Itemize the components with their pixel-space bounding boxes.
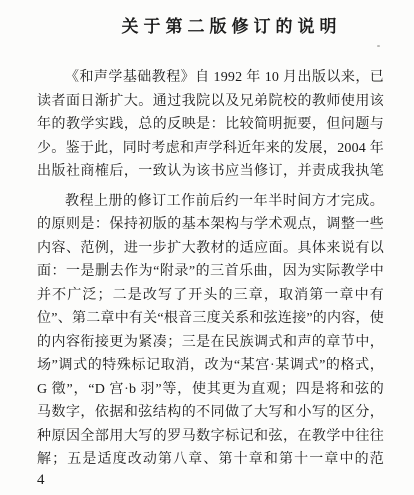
text-line: 少。鉴于此，同时考虑和声学科近年来的发展，2004 年冬，作者同	[37, 137, 384, 161]
page-number: 4	[37, 472, 45, 489]
text-line: 面：一是删去作为“附录”的三首乐曲，因为实际教学中对其使用	[37, 260, 384, 284]
book-page: 关于第二版修订的说明 《和声学基础教程》自 1992 年 10 月出版以来，已重…	[0, 0, 414, 495]
paragraph-1: 《和声学基础教程》自 1992 年 10 月出版以来，已重印了 13 次， 读者…	[37, 66, 384, 184]
text-line: 读者面日渐扩大。通过我院以及兄弟院校的教师使用该教科书多	[37, 90, 384, 114]
text-line: 的原则是：保持初版的基本架构与学术观点，调整一些章节的具体	[37, 213, 384, 237]
text-line: 马数字，依据和弦结构的不同做了大写和小写的区分，第一版因种	[37, 401, 384, 425]
paragraph-2: 教程上册的修订工作前后约一年半时间方才完成。这次修订 的原则是：保持初版的基本架…	[37, 190, 384, 472]
text-line: 并不广泛；二是改写了开头的三章，取消第一章中有关“和弦转	[37, 284, 384, 308]
text-line: 位”、第二章中有关“根音三度关系和弦连接”的内容，使开始几章	[37, 307, 384, 331]
text-line: 内容、范例，进一步扩大教材的适应面。具体来说有以下几个方	[37, 237, 384, 261]
text-line: 场”调式的特殊标记取消，改为“某宫·某调式”的格式，如“C 宫·	[37, 354, 384, 378]
text-line: 种原因全部用大写的罗马数字标记和弦，在教学中往往会引起误	[37, 425, 384, 449]
body-text: 《和声学基础教程》自 1992 年 10 月出版以来，已重印了 13 次， 读者…	[37, 66, 384, 472]
text-line: 教程上册的修订工作前后约一年半时间方才完成。这次修订	[37, 190, 384, 214]
page-title: 关于第二版修订的说明	[58, 12, 405, 37]
text-line: 出版社商榷后，一致认为该书应当修订，并责成我执笔修订工作。	[37, 160, 384, 184]
scan-speck	[377, 45, 380, 47]
text-line: 解；五是适度改动第八章、第十章和第十一章中的范例，使其和弦	[37, 448, 384, 472]
text-line: G 徵”，“D 宫·b 羽”等，使其更为直观；四是将和弦的音级标记罗	[37, 378, 384, 402]
text-line: 《和声学基础教程》自 1992 年 10 月出版以来，已重印了 13 次，	[37, 66, 384, 90]
text-line: 的内容衔接更为紧凑；三是在民族调式和声的章节中，将“同宫	[37, 331, 384, 355]
text-line: 年的教学实践，总的反映是：比较简明扼要，但问题与疏漏还有不	[37, 113, 384, 137]
